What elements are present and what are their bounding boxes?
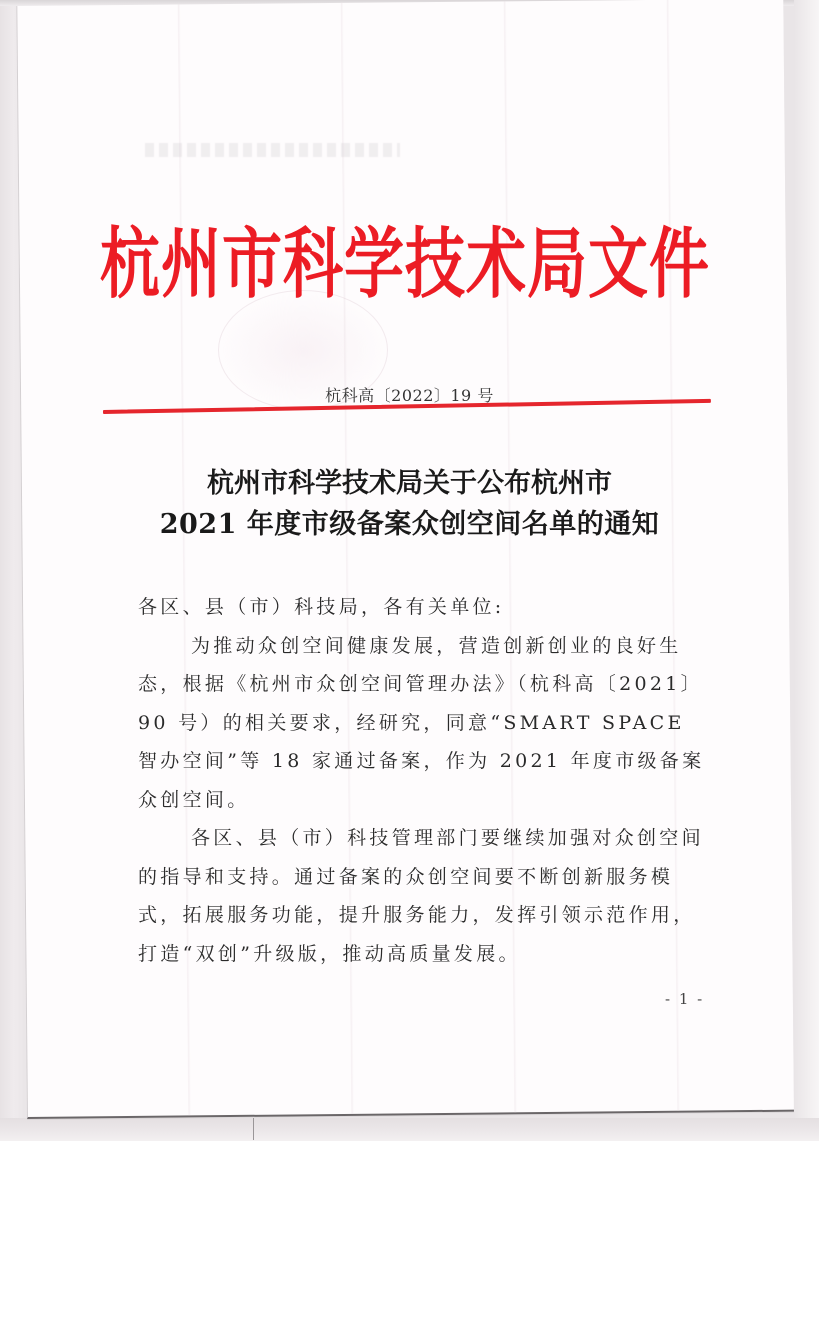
page-number: - 1 -: [665, 990, 704, 1008]
scanner-bottom-edge: [0, 1118, 819, 1141]
bleed-through-text: [145, 143, 400, 157]
scanner-mark: [253, 1118, 254, 1140]
salutation: 各区、县（市）科技局，各有关单位:: [138, 588, 708, 627]
scan-background: 杭州市科学技术局文件 杭科高〔2022〕19 号 杭州市科学技术局关于公布杭州市…: [0, 0, 819, 1141]
document-title-line-1: 杭州市科学技术局关于公布杭州市: [0, 463, 819, 504]
document-title: 杭州市科学技术局关于公布杭州市 2021 年度市级备案众创空间名单的通知: [0, 463, 819, 545]
body-paragraph-2: 各区、县（市）科技管理部门要继续加强对众创空间的指导和支持。通过备案的众创空间要…: [138, 819, 708, 973]
body-paragraph-1: 为推动众创空间健康发展，营造创新创业的良好生态，根据《杭州市众创空间管理办法》（…: [138, 627, 708, 820]
document-masthead: 杭州市科学技术局文件: [100, 210, 710, 320]
scanner-right-edge: [794, 0, 819, 1141]
document-body: 各区、县（市）科技局，各有关单位: 为推动众创空间健康发展，营造创新创业的良好生…: [138, 588, 708, 973]
document-title-line-2: 2021 年度市级备案众创空间名单的通知: [0, 504, 819, 545]
